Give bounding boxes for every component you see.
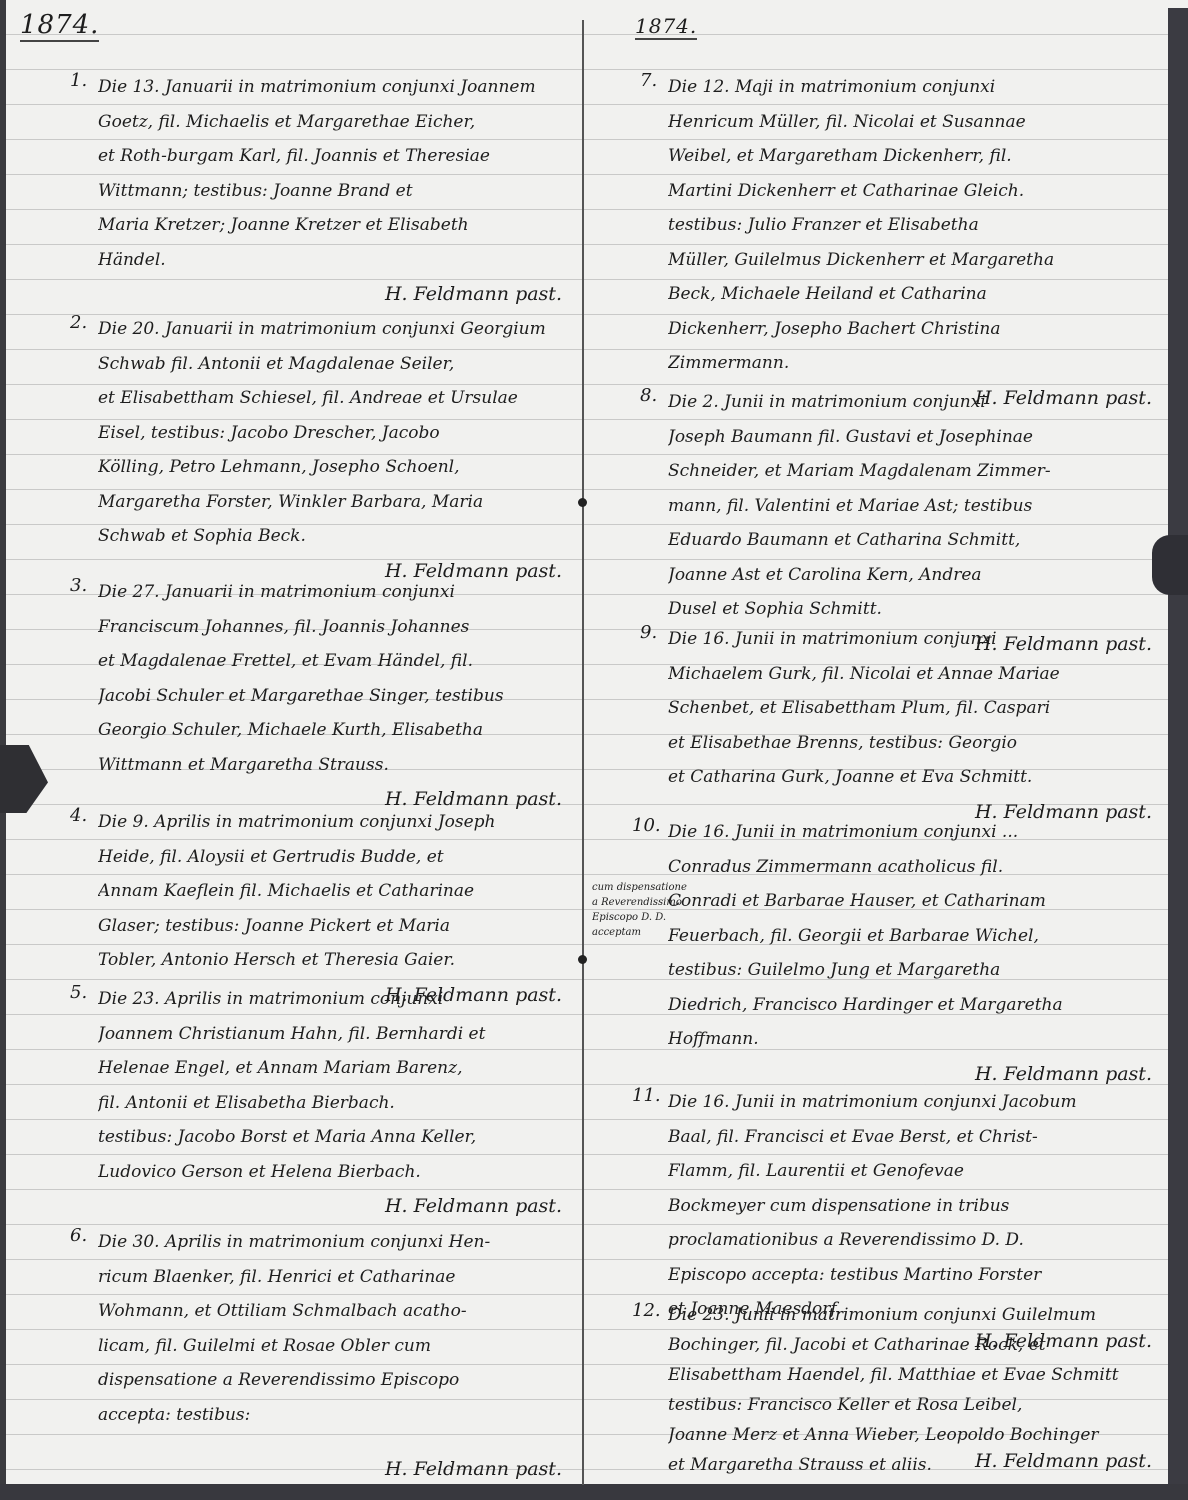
entry-line: licam, fil. Guilelmi et Rosae Obler cum bbox=[98, 1329, 570, 1364]
entry-line: Dickenherr, Josepho Bachert Christina bbox=[668, 312, 1160, 347]
entry-line: Diedrich, Francisco Hardinger et Margare… bbox=[668, 988, 1160, 1023]
entry-line: Bochinger, fil. Jacobi et Catharinae Roc… bbox=[668, 1330, 1160, 1360]
entry-line: Weibel, et Margaretham Dickenherr, fil. bbox=[668, 139, 1160, 174]
entry-number: 8. bbox=[640, 385, 657, 406]
entry-2: 2. Die 20. Januarii in matrimonium conju… bbox=[70, 312, 570, 588]
priest-signature: H. Feldmann past. bbox=[98, 277, 570, 312]
entry-line: Eduardo Baumann et Catharina Schmitt, bbox=[668, 523, 1160, 558]
entry-number: 3. bbox=[70, 575, 87, 596]
entry-line: Baal, fil. Francisci et Evae Berst, et C… bbox=[668, 1120, 1160, 1155]
entry-line: Die 12. Maji in matrimonium conjunxi bbox=[668, 70, 1160, 105]
entry-9: 9. Die 16. Junii in matrimonium conjunxi… bbox=[640, 622, 1160, 829]
entry-3: 3. Die 27. Januarii in matrimonium conju… bbox=[70, 575, 570, 817]
entry-line: Die 16. Junii in matrimonium conjunxi ..… bbox=[668, 815, 1160, 850]
entry-line: Joanne Ast et Carolina Kern, Andrea bbox=[668, 558, 1160, 593]
entry-line: et Elisabettham Schiesel, fil. Andreae e… bbox=[98, 381, 570, 416]
entry-line: Eisel, testibus: Jacobo Drescher, Jacobo bbox=[98, 416, 570, 451]
entry-line: Annam Kaeflein fil. Michaelis et Cathari… bbox=[98, 874, 570, 909]
entry-line: Wohmann, et Ottiliam Schmalbach acatho- bbox=[98, 1294, 570, 1329]
entry-line: fil. Antonii et Elisabetha Bierbach. bbox=[98, 1086, 570, 1121]
entry-line: Franciscum Johannes, fil. Joannis Johann… bbox=[98, 610, 570, 645]
entry-line: Schneider, et Mariam Magdalenam Zimmer- bbox=[668, 454, 1160, 489]
entry-number: 11. bbox=[632, 1085, 661, 1106]
entry-5: 5. Die 23. Aprilis in matrimonium conjun… bbox=[70, 982, 570, 1224]
entry-line: dispensatione a Reverendissimo Episcopo bbox=[98, 1363, 570, 1398]
entry-line: Helenae Engel, et Annam Mariam Barenz, bbox=[98, 1051, 570, 1086]
entry-line: Margaretha Forster, Winkler Barbara, Mar… bbox=[98, 485, 570, 520]
entry-line: Schenbet, et Elisabettham Plum, fil. Cas… bbox=[668, 691, 1160, 726]
priest-signature: H. Feldmann past. bbox=[98, 1452, 570, 1487]
entry-line: Maria Kretzer; Joanne Kretzer et Elisabe… bbox=[98, 208, 570, 243]
entry-4: 4. Die 9. Aprilis in matrimonium conjunx… bbox=[70, 805, 570, 1012]
book-gutter bbox=[582, 20, 584, 1485]
binding-rivet bbox=[578, 955, 587, 964]
entry-line: testibus: Francisco Keller et Rosa Leibe… bbox=[668, 1390, 1160, 1420]
entry-line: accepta: testibus: bbox=[98, 1398, 570, 1433]
entry-line: Henricum Müller, fil. Nicolai et Susanna… bbox=[668, 105, 1160, 140]
entry-line: Die 30. Aprilis in matrimonium conjunxi … bbox=[98, 1225, 570, 1260]
entry-line: Episcopo accepta: testibus Martino Forst… bbox=[668, 1258, 1160, 1293]
entry-line: Martini Dickenherr et Catharinae Gleich. bbox=[668, 174, 1160, 209]
entry-1: 1. Die 13. Januarii in matrimonium conju… bbox=[70, 70, 570, 312]
entry-line: Ludovico Gerson et Helena Bierbach. bbox=[98, 1155, 570, 1190]
entry-line: Die 2. Junii in matrimonium conjunxi bbox=[668, 385, 1160, 420]
entry-number: 7. bbox=[640, 70, 657, 91]
priest-signature: H. Feldmann past. bbox=[975, 1450, 1160, 1472]
entry-line: Conradus Zimmermann acatholicus fil. bbox=[668, 850, 1160, 885]
entry-line: Hoffmann. bbox=[668, 1022, 1160, 1057]
entry-number: 1. bbox=[70, 70, 87, 91]
entry-line: Elisabettham Haendel, fil. Matthiae et E… bbox=[668, 1360, 1160, 1390]
entry-12: 12. Die 23. Junii in matrimonium conjunx… bbox=[640, 1300, 1160, 1480]
entry-line: Flamm, fil. Laurentii et Genofevae bbox=[668, 1154, 1160, 1189]
entry-line: testibus: Julio Franzer et Elisabetha bbox=[668, 208, 1160, 243]
entry-line: Die 23. Junii in matrimonium conjunxi Gu… bbox=[668, 1300, 1160, 1330]
entry-7: 7. Die 12. Maji in matrimonium conjunxi … bbox=[640, 70, 1160, 415]
entry-line: et Roth-burgam Karl, fil. Joannis et The… bbox=[98, 139, 570, 174]
entry-line: Die 27. Januarii in matrimonium conjunxi bbox=[98, 575, 570, 610]
entry-number: 5. bbox=[70, 982, 87, 1003]
scan-right-edge bbox=[1168, 8, 1188, 1500]
entry-number: 2. bbox=[70, 312, 87, 333]
right-page: 1874. 7. Die 12. Maji in matrimonium con… bbox=[640, 0, 1160, 1480]
entry-line: Kölling, Petro Lehmann, Josepho Schoenl, bbox=[98, 450, 570, 485]
entry-number: 12. bbox=[632, 1300, 661, 1321]
entry-10: 10. Die 16. Junii in matrimonium conjunx… bbox=[640, 815, 1160, 1091]
entry-line: Die 13. Januarii in matrimonium conjunxi… bbox=[98, 70, 570, 105]
entry-line: Heide, fil. Aloysii et Gertrudis Budde, … bbox=[98, 840, 570, 875]
entry-line: testibus: Jacobo Borst et Maria Anna Kel… bbox=[98, 1120, 570, 1155]
entry-line: Die 23. Aprilis in matrimonium conjunxi bbox=[98, 982, 570, 1017]
entry-line: ricum Blaenker, fil. Henrici et Catharin… bbox=[98, 1260, 570, 1295]
entry-line: Schwab fil. Antonii et Magdalenae Seiler… bbox=[98, 347, 570, 382]
entry-line: proclamationibus a Reverendissimo D. D. bbox=[668, 1223, 1160, 1258]
entry-line: mann, fil. Valentini et Mariae Ast; test… bbox=[668, 489, 1160, 524]
entry-line: et Catharina Gurk, Joanne et Eva Schmitt… bbox=[668, 760, 1160, 795]
entry-line: Michaelem Gurk, fil. Nicolai et Annae Ma… bbox=[668, 657, 1160, 692]
entry-line: Goetz, fil. Michaelis et Margarethae Eic… bbox=[98, 105, 570, 140]
entry-line: Beck, Michaele Heiland et Catharina bbox=[668, 277, 1160, 312]
entry-line: Die 9. Aprilis in matrimonium conjunxi J… bbox=[98, 805, 570, 840]
entry-number: 9. bbox=[640, 622, 657, 643]
entry-number: 4. bbox=[70, 805, 87, 826]
entry-line: Schwab et Sophia Beck. bbox=[98, 519, 570, 554]
entry-line: Jacobi Schuler et Margarethae Singer, te… bbox=[98, 679, 570, 714]
entry-line: et Elisabethae Brenns, testibus: Georgio bbox=[668, 726, 1160, 761]
entry-line: testibus: Guilelmo Jung et Margaretha bbox=[668, 953, 1160, 988]
entry-6: 6. Die 30. Aprilis in matrimonium conjun… bbox=[70, 1225, 570, 1487]
left-page-year: 1874. bbox=[20, 10, 99, 42]
entry-line: et Magdalenae Frettel, et Evam Händel, f… bbox=[98, 644, 570, 679]
entry-8: 8. Die 2. Junii in matrimonium conjunxi … bbox=[640, 385, 1160, 661]
entry-line: Georgio Schuler, Michaele Kurth, Elisabe… bbox=[98, 713, 570, 748]
register-page-scan: 1874. 1. Die 13. Januarii in matrimonium… bbox=[0, 0, 1188, 1500]
entry-line: Bockmeyer cum dispensatione in tribus bbox=[668, 1189, 1160, 1224]
entry-line: Die 16. Junii in matrimonium conjunxi Ja… bbox=[668, 1085, 1160, 1120]
right-page-year: 1874. bbox=[635, 14, 697, 40]
left-page: 1874. 1. Die 13. Januarii in matrimonium… bbox=[70, 0, 570, 1480]
entry-line: Joannem Christianum Hahn, fil. Bernhardi… bbox=[98, 1017, 570, 1052]
binding-rivet bbox=[578, 498, 587, 507]
entry-line: Joanne Merz et Anna Wieber, Leopoldo Boc… bbox=[668, 1420, 1160, 1450]
entry-line: Feuerbach, fil. Georgii et Barbarae Wich… bbox=[668, 919, 1160, 954]
entry-line: Wittmann; testibus: Joanne Brand et bbox=[98, 174, 570, 209]
entry-line: Zimmermann. bbox=[668, 346, 1160, 381]
entry-line: Conradi et Barbarae Hauser, et Catharina… bbox=[668, 884, 1160, 919]
entry-line: Die 16. Junii in matrimonium conjunxi bbox=[668, 622, 1160, 657]
entry-number: 10. bbox=[632, 815, 661, 836]
entry-line: Händel. bbox=[98, 243, 570, 278]
entry-line: Wittmann et Margaretha Strauss. bbox=[98, 748, 570, 783]
entry-line: Müller, Guilelmus Dickenherr et Margaret… bbox=[668, 243, 1160, 278]
entry-number: 6. bbox=[70, 1225, 87, 1246]
priest-signature: H. Feldmann past. bbox=[98, 1189, 570, 1224]
entry-line: Tobler, Antonio Hersch et Theresia Gaier… bbox=[98, 943, 570, 978]
entry-line: Joseph Baumann fil. Gustavi et Josephina… bbox=[668, 420, 1160, 455]
entry-line: Glaser; testibus: Joanne Pickert et Mari… bbox=[98, 909, 570, 944]
page-tab-left bbox=[0, 745, 48, 813]
entry-line: Die 20. Januarii in matrimonium conjunxi… bbox=[98, 312, 570, 347]
entry-11: 11. Die 16. Junii in matrimonium conjunx… bbox=[640, 1085, 1160, 1327]
